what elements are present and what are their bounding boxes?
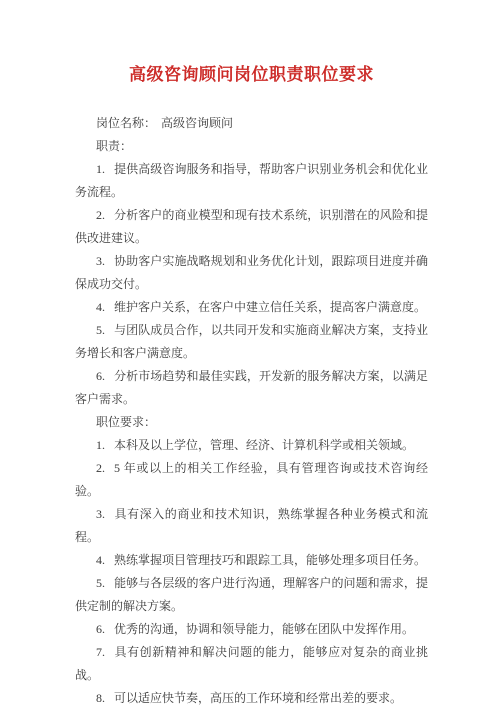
- requirement-text: 具有创新精神和解决问题的能力，能够应对复杂的商业挑战。: [75, 645, 428, 682]
- requirements-heading: 职位要求：: [75, 411, 428, 434]
- duty-text: 分析市场趋势和最佳实践，开发新的服务解决方案，以满足客户需求。: [75, 369, 428, 406]
- duty-item: 2.分析客户的商业模型和现有技术系统，识别潜在的风险和提供改进建议。: [75, 204, 428, 250]
- requirement-text: 能够与各层级的客户进行沟通，理解客户的问题和需求，提供定制的解决方案。: [75, 576, 428, 613]
- requirement-item: 7.具有创新精神和解决问题的能力，能够应对复杂的商业挑战。: [75, 641, 428, 687]
- duty-text: 提供高级咨询服务和指导，帮助客户识别业务机会和优化业务流程。: [75, 162, 428, 199]
- duty-item: 5.与团队成员合作，以共同开发和实施商业解决方案，支持业务增长和客户满意度。: [75, 319, 428, 365]
- requirement-number: 4.: [96, 553, 105, 567]
- duty-number: 4.: [96, 300, 105, 314]
- requirement-text: 本科及以上学位，管理、经济、计算机科学或相关领域。: [114, 438, 414, 452]
- document-title: 高级咨询顾问岗位职责职位要求: [75, 62, 428, 88]
- duty-number: 2.: [96, 208, 105, 222]
- duty-item: 6.分析市场趋势和最佳实践，开发新的服务解决方案，以满足客户需求。: [75, 365, 428, 411]
- duty-number: 6.: [96, 369, 105, 383]
- requirement-item: 2.5 年或以上的相关工作经验，具有管理咨询或技术咨询经验。: [75, 457, 428, 503]
- requirement-number: 5.: [96, 576, 105, 590]
- requirements-list: 1.本科及以上学位，管理、经济、计算机科学或相关领域。 2.5 年或以上的相关工…: [75, 434, 428, 707]
- requirement-number: 2.: [96, 461, 105, 475]
- requirement-text: 熟练掌握项目管理技巧和跟踪工具，能够处理多项目任务。: [114, 553, 426, 567]
- requirement-number: 6.: [96, 622, 105, 636]
- requirement-text: 5 年或以上的相关工作经验，具有管理咨询或技术咨询经验。: [75, 461, 428, 498]
- duties-heading: 职责：: [75, 135, 428, 158]
- duty-number: 5.: [96, 323, 105, 337]
- duties-list: 1.提供高级咨询服务和指导，帮助客户识别业务机会和优化业务流程。 2.分析客户的…: [75, 158, 428, 411]
- duty-number: 3.: [96, 254, 105, 268]
- position-name-line: 岗位名称：高级咨询顾问: [75, 112, 428, 135]
- requirement-text: 优秀的沟通，协调和领导能力，能够在团队中发挥作用。: [114, 622, 414, 636]
- duty-text: 协助客户实施战略规划和业务优化计划，跟踪项目进度并确保成功交付。: [75, 254, 428, 291]
- document-page: 高级咨询顾问岗位职责职位要求 岗位名称：高级咨询顾问 职责： 1.提供高级咨询服…: [0, 0, 500, 707]
- requirement-text: 具有深入的商业和技术知识，熟练掌握各种业务模式和流程。: [75, 507, 428, 544]
- requirement-item: 1.本科及以上学位，管理、经济、计算机科学或相关领域。: [75, 434, 428, 457]
- requirement-number: 3.: [96, 507, 105, 521]
- requirement-text: 可以适应快节奏，高压的工作环境和经常出差的要求。: [114, 691, 402, 705]
- requirement-item: 5.能够与各层级的客户进行沟通，理解客户的问题和需求，提供定制的解决方案。: [75, 572, 428, 618]
- duty-item: 1.提供高级咨询服务和指导，帮助客户识别业务机会和优化业务流程。: [75, 158, 428, 204]
- position-name-label: 岗位名称：: [96, 116, 156, 130]
- position-name-value: 高级咨询顾问: [161, 116, 233, 130]
- requirement-item: 8.可以适应快节奏，高压的工作环境和经常出差的要求。: [75, 687, 428, 707]
- duty-item: 3.协助客户实施战略规划和业务优化计划，跟踪项目进度并确保成功交付。: [75, 250, 428, 296]
- requirement-number: 7.: [96, 645, 105, 659]
- requirement-item: 6.优秀的沟通，协调和领导能力，能够在团队中发挥作用。: [75, 618, 428, 641]
- duty-item: 4.维护客户关系，在客户中建立信任关系，提高客户满意度。: [75, 296, 428, 319]
- duty-text: 与团队成员合作，以共同开发和实施商业解决方案，支持业务增长和客户满意度。: [75, 323, 428, 360]
- requirement-number: 1.: [96, 438, 105, 452]
- requirement-item: 3.具有深入的商业和技术知识，熟练掌握各种业务模式和流程。: [75, 503, 428, 549]
- requirement-item: 4.熟练掌握项目管理技巧和跟踪工具，能够处理多项目任务。: [75, 549, 428, 572]
- duty-text: 维护客户关系，在客户中建立信任关系，提高客户满意度。: [114, 300, 426, 314]
- duty-text: 分析客户的商业模型和现有技术系统，识别潜在的风险和提供改进建议。: [75, 208, 428, 245]
- requirement-number: 8.: [96, 691, 105, 705]
- document-body: 岗位名称：高级咨询顾问 职责： 1.提供高级咨询服务和指导，帮助客户识别业务机会…: [75, 112, 428, 707]
- duty-number: 1.: [96, 162, 105, 176]
